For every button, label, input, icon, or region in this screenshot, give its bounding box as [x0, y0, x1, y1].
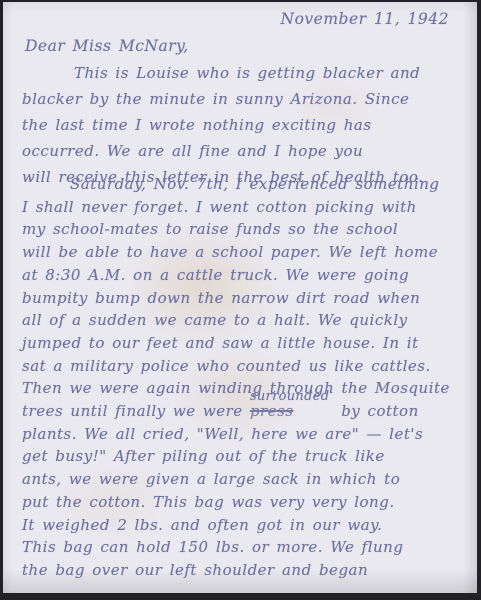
handwriting-line: get busy!" After piling out of the truck…: [22, 445, 469, 468]
handwriting-line: the bag over our left shoulder and began: [22, 559, 469, 582]
letter-salutation: Dear Miss McNary,: [25, 37, 189, 55]
handwriting-line: Saturday, Nov. 7th, I experienced someth…: [22, 173, 469, 196]
handwriting-line: Then we were again winding through the M…: [22, 377, 469, 400]
paragraph-2: Saturday, Nov. 7th, I experienced someth…: [22, 173, 469, 582]
inline-correction: surroundedpress: [250, 400, 334, 423]
handwriting-line: plants. We all cried, "Well, here we are…: [22, 423, 469, 446]
handwriting-line: the last time I wrote nothing exciting h…: [22, 112, 469, 138]
correction-pre-text: trees until finally we were: [22, 402, 250, 420]
letter-scan: November 11, 1942 Dear Miss McNary, This…: [0, 0, 481, 600]
handwriting-line: It weighed 2 lbs. and often got in our w…: [22, 514, 469, 537]
handwriting-line: ants, we were given a large sack in whic…: [22, 468, 469, 491]
handwriting-line: I shall never forget. I went cotton pick…: [22, 196, 469, 219]
handwriting-line-with-correction: trees until finally we were surroundedpr…: [22, 400, 469, 423]
letter-page: November 11, 1942 Dear Miss McNary, This…: [3, 2, 477, 593]
handwriting-line: This is Louise who is getting blacker an…: [22, 60, 469, 86]
handwriting-line: occurred. We are all fine and I hope you: [22, 138, 469, 164]
handwriting-line: will be able to have a school paper. We …: [22, 241, 469, 264]
handwriting-line: blacker by the minute in sunny Arizona. …: [22, 86, 469, 112]
handwriting-line: sat a military police who counted us lik…: [22, 355, 469, 378]
handwriting-line: my school-mates to raise funds so the sc…: [22, 218, 469, 241]
paragraph-1: This is Louise who is getting blacker an…: [22, 60, 469, 190]
handwriting-line: put the cotton. This bag was very very l…: [22, 491, 469, 514]
handwriting-line: all of a sudden we came to a halt. We qu…: [22, 309, 469, 332]
handwriting-line: at 8:30 A.M. on a cattle truck. We were …: [22, 264, 469, 287]
correction-post-text: by cotton: [334, 402, 419, 420]
letter-date: November 11, 1942: [281, 10, 449, 28]
handwriting-line: bumpity bump down the narrow dirt road w…: [22, 287, 469, 310]
handwriting-line: This bag can hold 150 lbs. or more. We f…: [22, 536, 469, 559]
handwriting-line: jumped to our feet and saw a little hous…: [22, 332, 469, 355]
struck-out-word: press: [250, 402, 294, 420]
